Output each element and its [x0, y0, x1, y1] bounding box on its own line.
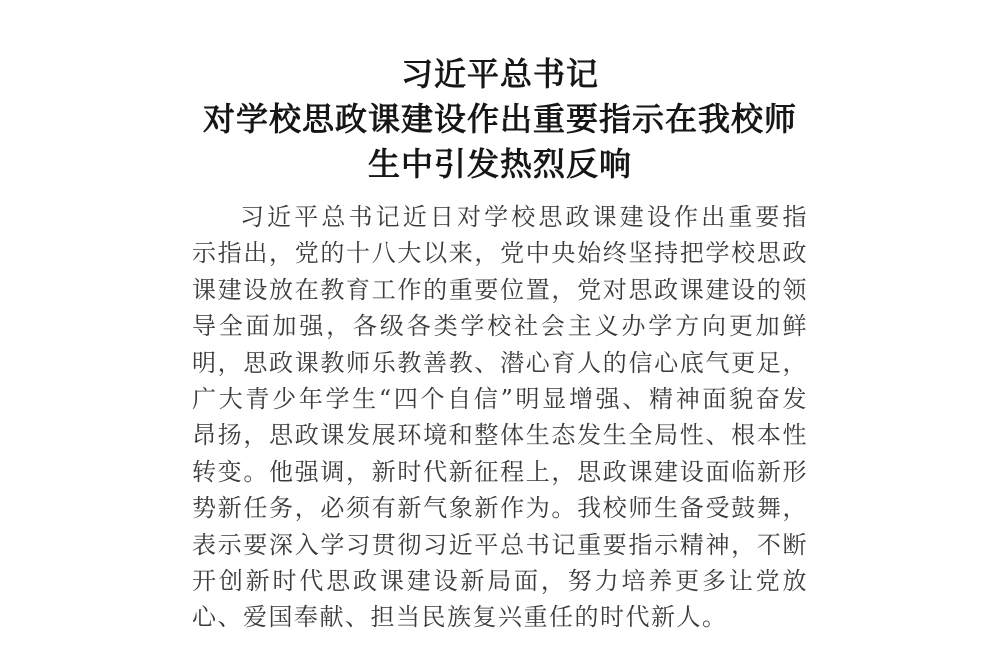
body-line-1: 习近平总书记近日对学校思政课建设作出重要指 [192, 199, 808, 235]
body-line-9: 势新任务，必须有新气象新作为。我校师生备受鼓舞， [192, 490, 808, 526]
article-body: 习近平总书记近日对学校思政课建设作出重要指 示指出，党的十八大以来，党中央始终坚… [192, 199, 808, 636]
body-line-12: 心、爱国奉献、担当民族复兴重任的时代新人。 [192, 599, 808, 635]
body-line-4: 导全面加强，各级各类学校社会主义办学方向更加鲜 [192, 308, 808, 344]
body-line-11: 开创新时代思政课建设新局面，努力培养更多让党放 [192, 563, 808, 599]
body-line-2: 示指出，党的十八大以来，党中央始终坚持把学校思政 [192, 235, 808, 271]
body-line-3: 课建设放在教育工作的重要位置，党对思政课建设的领 [192, 272, 808, 308]
article-title: 习近平总书记 对学校思政课建设作出重要指示在我校师 生中引发热烈反响 [190, 52, 810, 187]
title-line-1: 习近平总书记 [190, 52, 810, 97]
title-line-3: 生中引发热烈反响 [190, 142, 810, 187]
document-page: 习近平总书记 对学校思政课建设作出重要指示在我校师 生中引发热烈反响 习近平总书… [0, 0, 1000, 667]
body-line-5: 明，思政课教师乐教善教、潜心育人的信心底气更足， [192, 345, 808, 381]
title-line-2: 对学校思政课建设作出重要指示在我校师 [190, 97, 810, 142]
body-line-10: 表示要深入学习贯彻习近平总书记重要指示精神，不断 [192, 527, 808, 563]
body-line-8: 转变。他强调，新时代新征程上，思政课建设面临新形 [192, 454, 808, 490]
body-line-7: 昂扬，思政课发展环境和整体生态发生全局性、根本性 [192, 417, 808, 453]
body-line-6: 广大青少年学生“四个自信”明显增强、精神面貌奋发 [192, 381, 808, 417]
